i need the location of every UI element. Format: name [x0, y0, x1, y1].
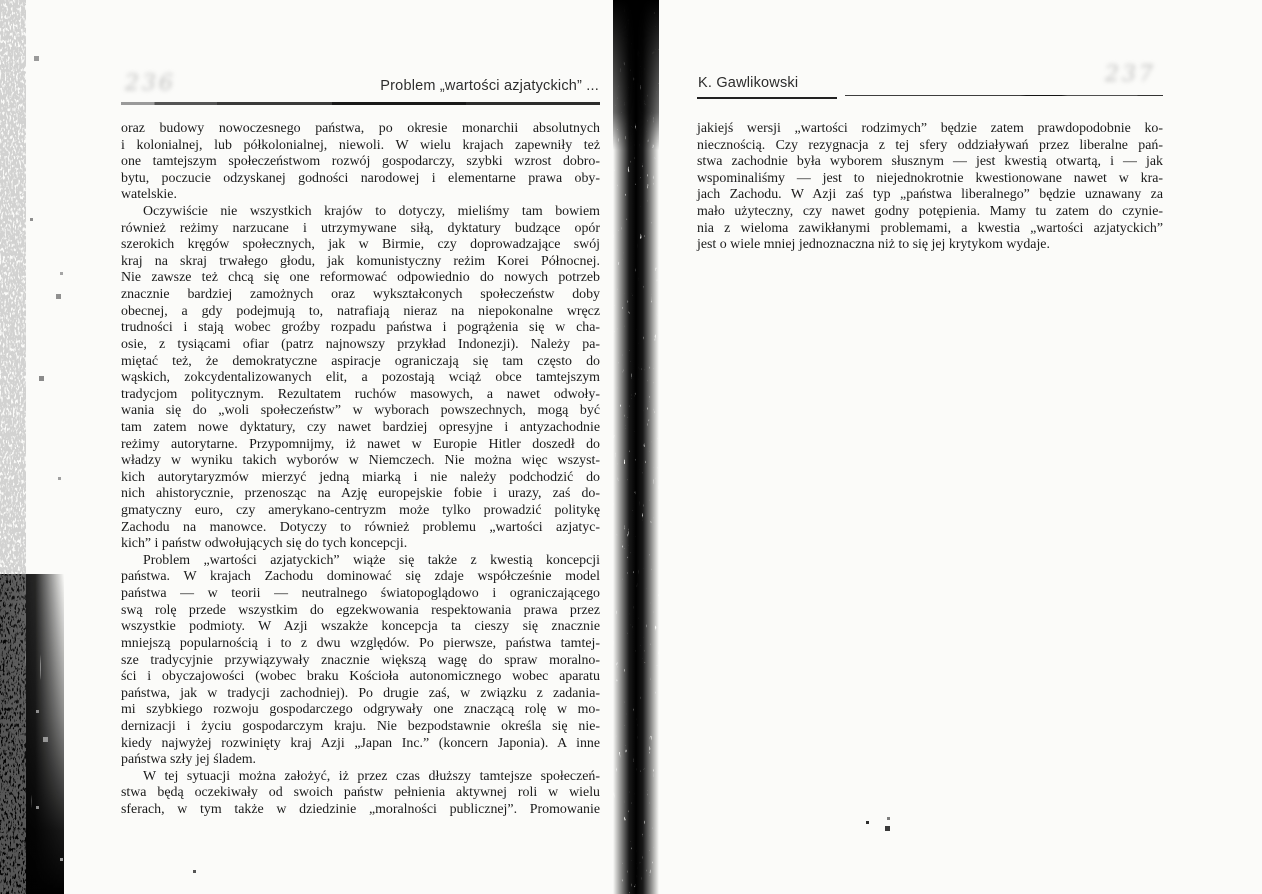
text-line: oraz budowy nowoczesnego państwa, po okr… [121, 121, 600, 138]
body-text-column: oraz budowy nowoczesnego państwa, po okr… [121, 121, 600, 819]
text-line: watelskie. [121, 187, 600, 204]
text-line: znacznie bardziej zamożnych oraz wykszta… [121, 287, 600, 304]
text-line: nia z wieloma zawikłanymi problemami, a … [697, 221, 1163, 238]
running-header-title: Problem „wartości azjatyckich” ... [380, 78, 599, 94]
text-line: stwa będą oczekiwały od swoich państw pe… [121, 785, 600, 802]
text-line: mi szybkiego rozwoju gospodarczego odgry… [121, 702, 600, 719]
text-line: kich” i państw odwołujących się do tych … [121, 536, 600, 553]
text-line: stwa zachodnie była wyborem słusznym — j… [697, 154, 1163, 171]
text-line: mniejszą popularnością i to z dwu względ… [121, 636, 600, 653]
text-line: również reżimy narzucane i utrzymywane s… [121, 221, 600, 238]
text-line: obecnej, a gdy podejmują to, natrafiają … [121, 304, 600, 321]
text-line: ści i obyczajowości (wobec braku Kościoł… [121, 669, 600, 686]
page-number-smudge: 236 [125, 71, 176, 96]
gutter-shadow-artifact [613, 0, 659, 894]
text-line: sferach, w tym także w dziedzinie „moral… [121, 802, 600, 819]
text-line: W tej sytuacji można założyć, iż przez c… [121, 769, 600, 786]
text-line: wania się do „woli społeczeństw” w wybor… [121, 403, 600, 420]
text-line: swą rolę przede wszystkim do egzekwowani… [121, 603, 600, 620]
text-line: Problem „wartości azjatyckich” wiąże się… [121, 553, 600, 570]
text-line: państwa. W krajach Zachodu dominować się… [121, 569, 600, 586]
text-line: trudności i stają wobec groźby rozpadu p… [121, 320, 600, 337]
text-line: kraj na skraj trwałego głodu, jak komuni… [121, 254, 600, 271]
header-rule-segment [697, 97, 837, 99]
dust-speckles [0, 0, 3, 3]
text-line: państwa — w teorii — neutralnego światop… [121, 586, 600, 603]
running-header-author: K. Gawlikowski [698, 75, 798, 91]
text-line: państwa szły jej śladem. [121, 752, 600, 769]
text-line: nich ahistorycznie, przenosząc na Azję e… [121, 486, 600, 503]
right-page: K. Gawlikowski 237 jakiejś wersji „warto… [697, 70, 1163, 870]
text-line: państwa, jak w tradycji zachodniej). Po … [121, 686, 600, 703]
text-line: jakiejś wersji „wartości rodzimych” będz… [697, 121, 1163, 138]
text-line: tam zatem nowe dyktatury, czy nawet bard… [121, 420, 600, 437]
text-line: one tamtejszym społeczeństwom rozwój gos… [121, 154, 600, 171]
text-line: kiedy najwyżej rozwinięty kraj Azji „Jap… [121, 736, 600, 753]
text-line: mało użyteczny, czy nawet godny potępien… [697, 204, 1163, 221]
text-line: dernizacji i życiu gospodarczym kraju. N… [121, 719, 600, 736]
text-line: reżimy autorytarne. Przypomnijmy, iż naw… [121, 437, 600, 454]
left-page: 236 Problem „wartości azjatyckich” ... o… [121, 70, 600, 870]
text-line: kich autorytaryzmów mierzyć jedną miarką… [121, 470, 600, 487]
text-line: szerokich kręgów społecznych, jak w Birm… [121, 237, 600, 254]
text-line: miętać też, że demokratyczne aspiracje o… [121, 354, 600, 371]
text-line: sze tradycyjnie przywiązywały znacznie w… [121, 653, 600, 670]
header-rule [121, 102, 600, 105]
body-text-column: jakiejś wersji „wartości rodzimych” będz… [697, 121, 1163, 254]
text-line: wspominaliśmy — jest to niejednokrotnie … [697, 171, 1163, 188]
page-number-smudge: 237 [1105, 62, 1156, 87]
text-line: gmatyczny euro, czy amerykano-centryzm m… [121, 503, 600, 520]
text-line: bytu, poczucie odzyskanej godności narod… [121, 171, 600, 188]
corner-streaks-artifact [0, 574, 64, 894]
edge-speckle-artifact [0, 0, 26, 894]
text-line: Nie zawsze też chcą się one reformować o… [121, 270, 600, 287]
text-line: Oczywiście nie wszystkich krajów to doty… [121, 204, 600, 221]
text-line: wszystkie podmioty. W Azji wszakże konce… [121, 619, 600, 636]
text-line: niecznością. Czy rezygnacja z tej sfery … [697, 138, 1163, 155]
text-line: Zachodu na manowce. Dotyczy to również p… [121, 520, 600, 537]
text-line: jach Zachodu. W Azji zaś typ „państwa li… [697, 187, 1163, 204]
text-line: jest o wiele mniej jednoznaczna niż to s… [697, 237, 1163, 254]
text-line: tradycjom politycznym. Rezultatem ruchów… [121, 387, 600, 404]
text-line: wąskich, zokcydentalizowanych elit, a po… [121, 370, 600, 387]
header-rule-segment [845, 95, 1163, 97]
text-line: osie, z tysiącami ofiar (patrz najnowszy… [121, 337, 600, 354]
text-line: i kolonialnej, lub półkolonialnej, niewo… [121, 138, 600, 155]
text-line: władzy w wyniku takich wyborów w Niemcze… [121, 453, 600, 470]
